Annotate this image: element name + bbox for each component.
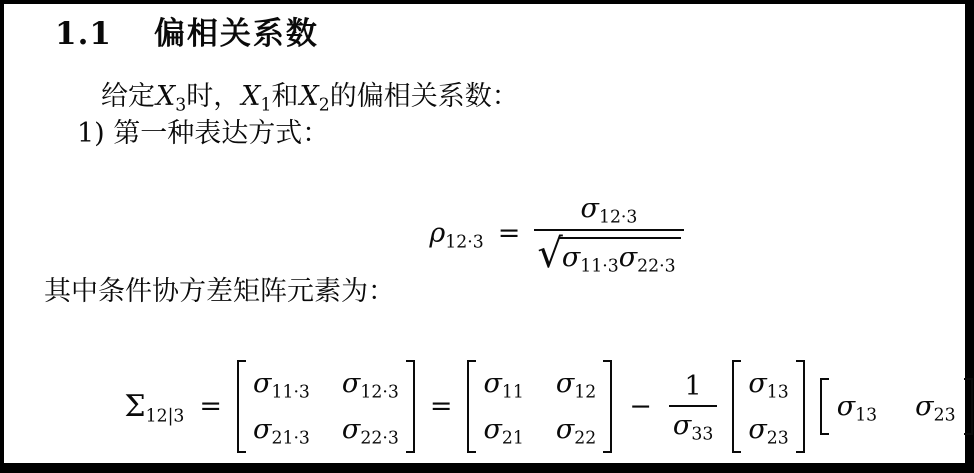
var-x1-base: X: [240, 81, 260, 112]
cell-sigma-13: σ13: [748, 368, 788, 399]
sigma-symbol: σ: [915, 391, 933, 422]
intro-text-mid2: 和: [271, 81, 298, 112]
sigma-symbol: σ: [837, 391, 855, 422]
var-x3-base: X: [155, 81, 175, 112]
matrix-covariance: σ11 σ12 σ21 σ22: [467, 360, 612, 453]
fraction-denominator: σ33: [669, 405, 717, 441]
cell-sigma-21-3: σ21·3: [253, 414, 310, 445]
cell-sigma-12: σ12: [556, 368, 596, 399]
sigma-symbol: σ: [483, 368, 501, 399]
sigma-subscript: 11: [502, 382, 524, 402]
cell-sigma-22-3: σ22·3: [342, 414, 399, 445]
left-bracket: [237, 360, 246, 453]
paragraph-where: 其中条件协方差矩阵元素为：: [44, 275, 395, 309]
sigma-symbol: σ: [556, 368, 574, 399]
cell-sigma-22: σ22: [556, 414, 596, 445]
sigma-subscript: 33: [691, 425, 713, 445]
row-vector: σ13 σ23: [820, 378, 973, 435]
cell-sigma-23: σ23: [915, 391, 955, 422]
var-x3-subscript: 3: [175, 96, 186, 116]
equals-sign: =: [430, 391, 453, 422]
matrix-cells: σ11 σ12 σ21 σ22: [476, 360, 603, 453]
right-bracket: [796, 360, 805, 453]
sigma-subscript: 13: [855, 405, 877, 425]
cell-sigma-13: σ13: [837, 391, 877, 422]
math-var-x1: X1: [240, 80, 271, 114]
sigma-subscript: 21: [502, 428, 524, 448]
sigma-subscript: 21·3: [271, 428, 309, 448]
left-bracket: [820, 378, 829, 435]
right-bracket: [406, 360, 415, 453]
sigma-symbol: σ: [581, 193, 599, 224]
radicand: σ11·3σ22·3: [559, 237, 681, 273]
rho-fraction: σ12·3 √ σ11·3σ22·3: [534, 193, 683, 273]
rho-symbol: ρ: [429, 218, 445, 249]
vector-cells: σ13 σ23: [829, 378, 964, 435]
cell-sigma-21: σ21: [483, 414, 523, 445]
sigma-subscript: 12·3: [360, 382, 398, 402]
scalar-fraction: 1 σ33: [669, 371, 717, 441]
matrix-cells: σ11·3 σ12·3 σ21·3 σ22·3: [246, 360, 406, 453]
fraction-numerator: σ12·3: [575, 193, 644, 229]
sigma-symbol: σ: [562, 242, 580, 273]
right-bracket: [603, 360, 612, 453]
sigma-subscript: 11·3: [271, 382, 309, 402]
sigma-subscript: 22·3: [637, 257, 675, 277]
capital-sigma-subscript: 12|3: [146, 406, 185, 426]
math-var-x2: X2: [298, 80, 329, 114]
sigma-symbol: σ: [253, 368, 271, 399]
sigma-symbol: σ: [673, 410, 691, 441]
paragraph-intro: 给定X3时，X1和X2的偏相关系数：: [101, 80, 519, 114]
sigma-symbol: σ: [342, 414, 360, 445]
left-bracket: [732, 360, 741, 453]
equals-sign: =: [498, 218, 521, 249]
sigma-22-3: σ22·3: [619, 242, 676, 273]
section-number: 1.1: [55, 16, 112, 52]
intro-text-pre: 给定: [101, 81, 155, 112]
capital-sigma-symbol: Σ: [124, 389, 145, 424]
section-title-text: 偏相关系数: [154, 16, 319, 52]
sigma-symbol: σ: [483, 414, 501, 445]
paragraph-item1: 1) 第一种表达方式：: [77, 117, 329, 151]
fraction-denominator: √ σ11·3σ22·3: [534, 229, 683, 273]
sigma-subscript: 23: [934, 405, 956, 425]
equation-conditional-covariance: Σ12|3 = σ11·3 σ12·3 σ21·3 σ22·3 = σ11 σ1…: [68, 350, 974, 462]
cell-sigma-11: σ11: [483, 368, 523, 399]
cell-sigma-11-3: σ11·3: [253, 368, 310, 399]
var-x2-subscript: 2: [319, 96, 330, 116]
fraction-numerator: 1: [677, 371, 710, 405]
sigma-subscript: 12: [574, 382, 596, 402]
sigma-symbol: σ: [619, 242, 637, 273]
sigma-subscript: 23: [767, 428, 789, 448]
sigma-symbol: σ: [748, 414, 766, 445]
rho-lhs: ρ12·3: [429, 218, 483, 249]
math-var-x3: X3: [155, 80, 186, 114]
sigma-33: σ33: [673, 410, 713, 441]
sigma-symbol: σ: [342, 368, 360, 399]
section-heading: 1.1 偏相关系数: [55, 16, 319, 52]
rho-subscript: 12·3: [445, 232, 483, 252]
var-x1-subscript: 1: [260, 96, 271, 116]
cell-sigma-12-3: σ12·3: [342, 368, 399, 399]
sigma-symbol: σ: [253, 414, 271, 445]
document-page: 1.1 偏相关系数 给定X3时，X1和X2的偏相关系数： 1) 第一种表达方式：…: [4, 4, 965, 463]
cell-sigma-23: σ23: [748, 414, 788, 445]
intro-text-mid1: 时，: [186, 81, 240, 112]
vector-cells: σ13 σ23: [741, 360, 795, 453]
sigma-11-3: σ11·3: [562, 242, 619, 273]
equals-sign: =: [199, 391, 222, 422]
sigma-subscript: 11·3: [580, 257, 618, 277]
sigma-subscript: 12·3: [599, 208, 637, 228]
sigma-subscript: 22: [574, 428, 596, 448]
matrix-conditional-cov: σ11·3 σ12·3 σ21·3 σ22·3: [237, 360, 415, 453]
square-root: √ σ11·3σ22·3: [537, 235, 680, 273]
sigma-subscript: 13: [767, 382, 789, 402]
sigma-subscript: 22·3: [360, 428, 398, 448]
intro-text-post: 的偏相关系数：: [330, 81, 519, 112]
var-x2-base: X: [298, 81, 318, 112]
sigma-cap-lhs: Σ12|3: [124, 389, 184, 424]
sigma-symbol: σ: [556, 414, 574, 445]
minus-sign: −: [629, 391, 652, 422]
sigma-symbol: σ: [748, 368, 766, 399]
right-bracket: [964, 378, 973, 435]
equation-partial-correlation: ρ12·3 = σ12·3 √ σ11·3σ22·3: [76, 188, 974, 278]
left-bracket: [467, 360, 476, 453]
column-vector: σ13 σ23: [732, 360, 804, 453]
